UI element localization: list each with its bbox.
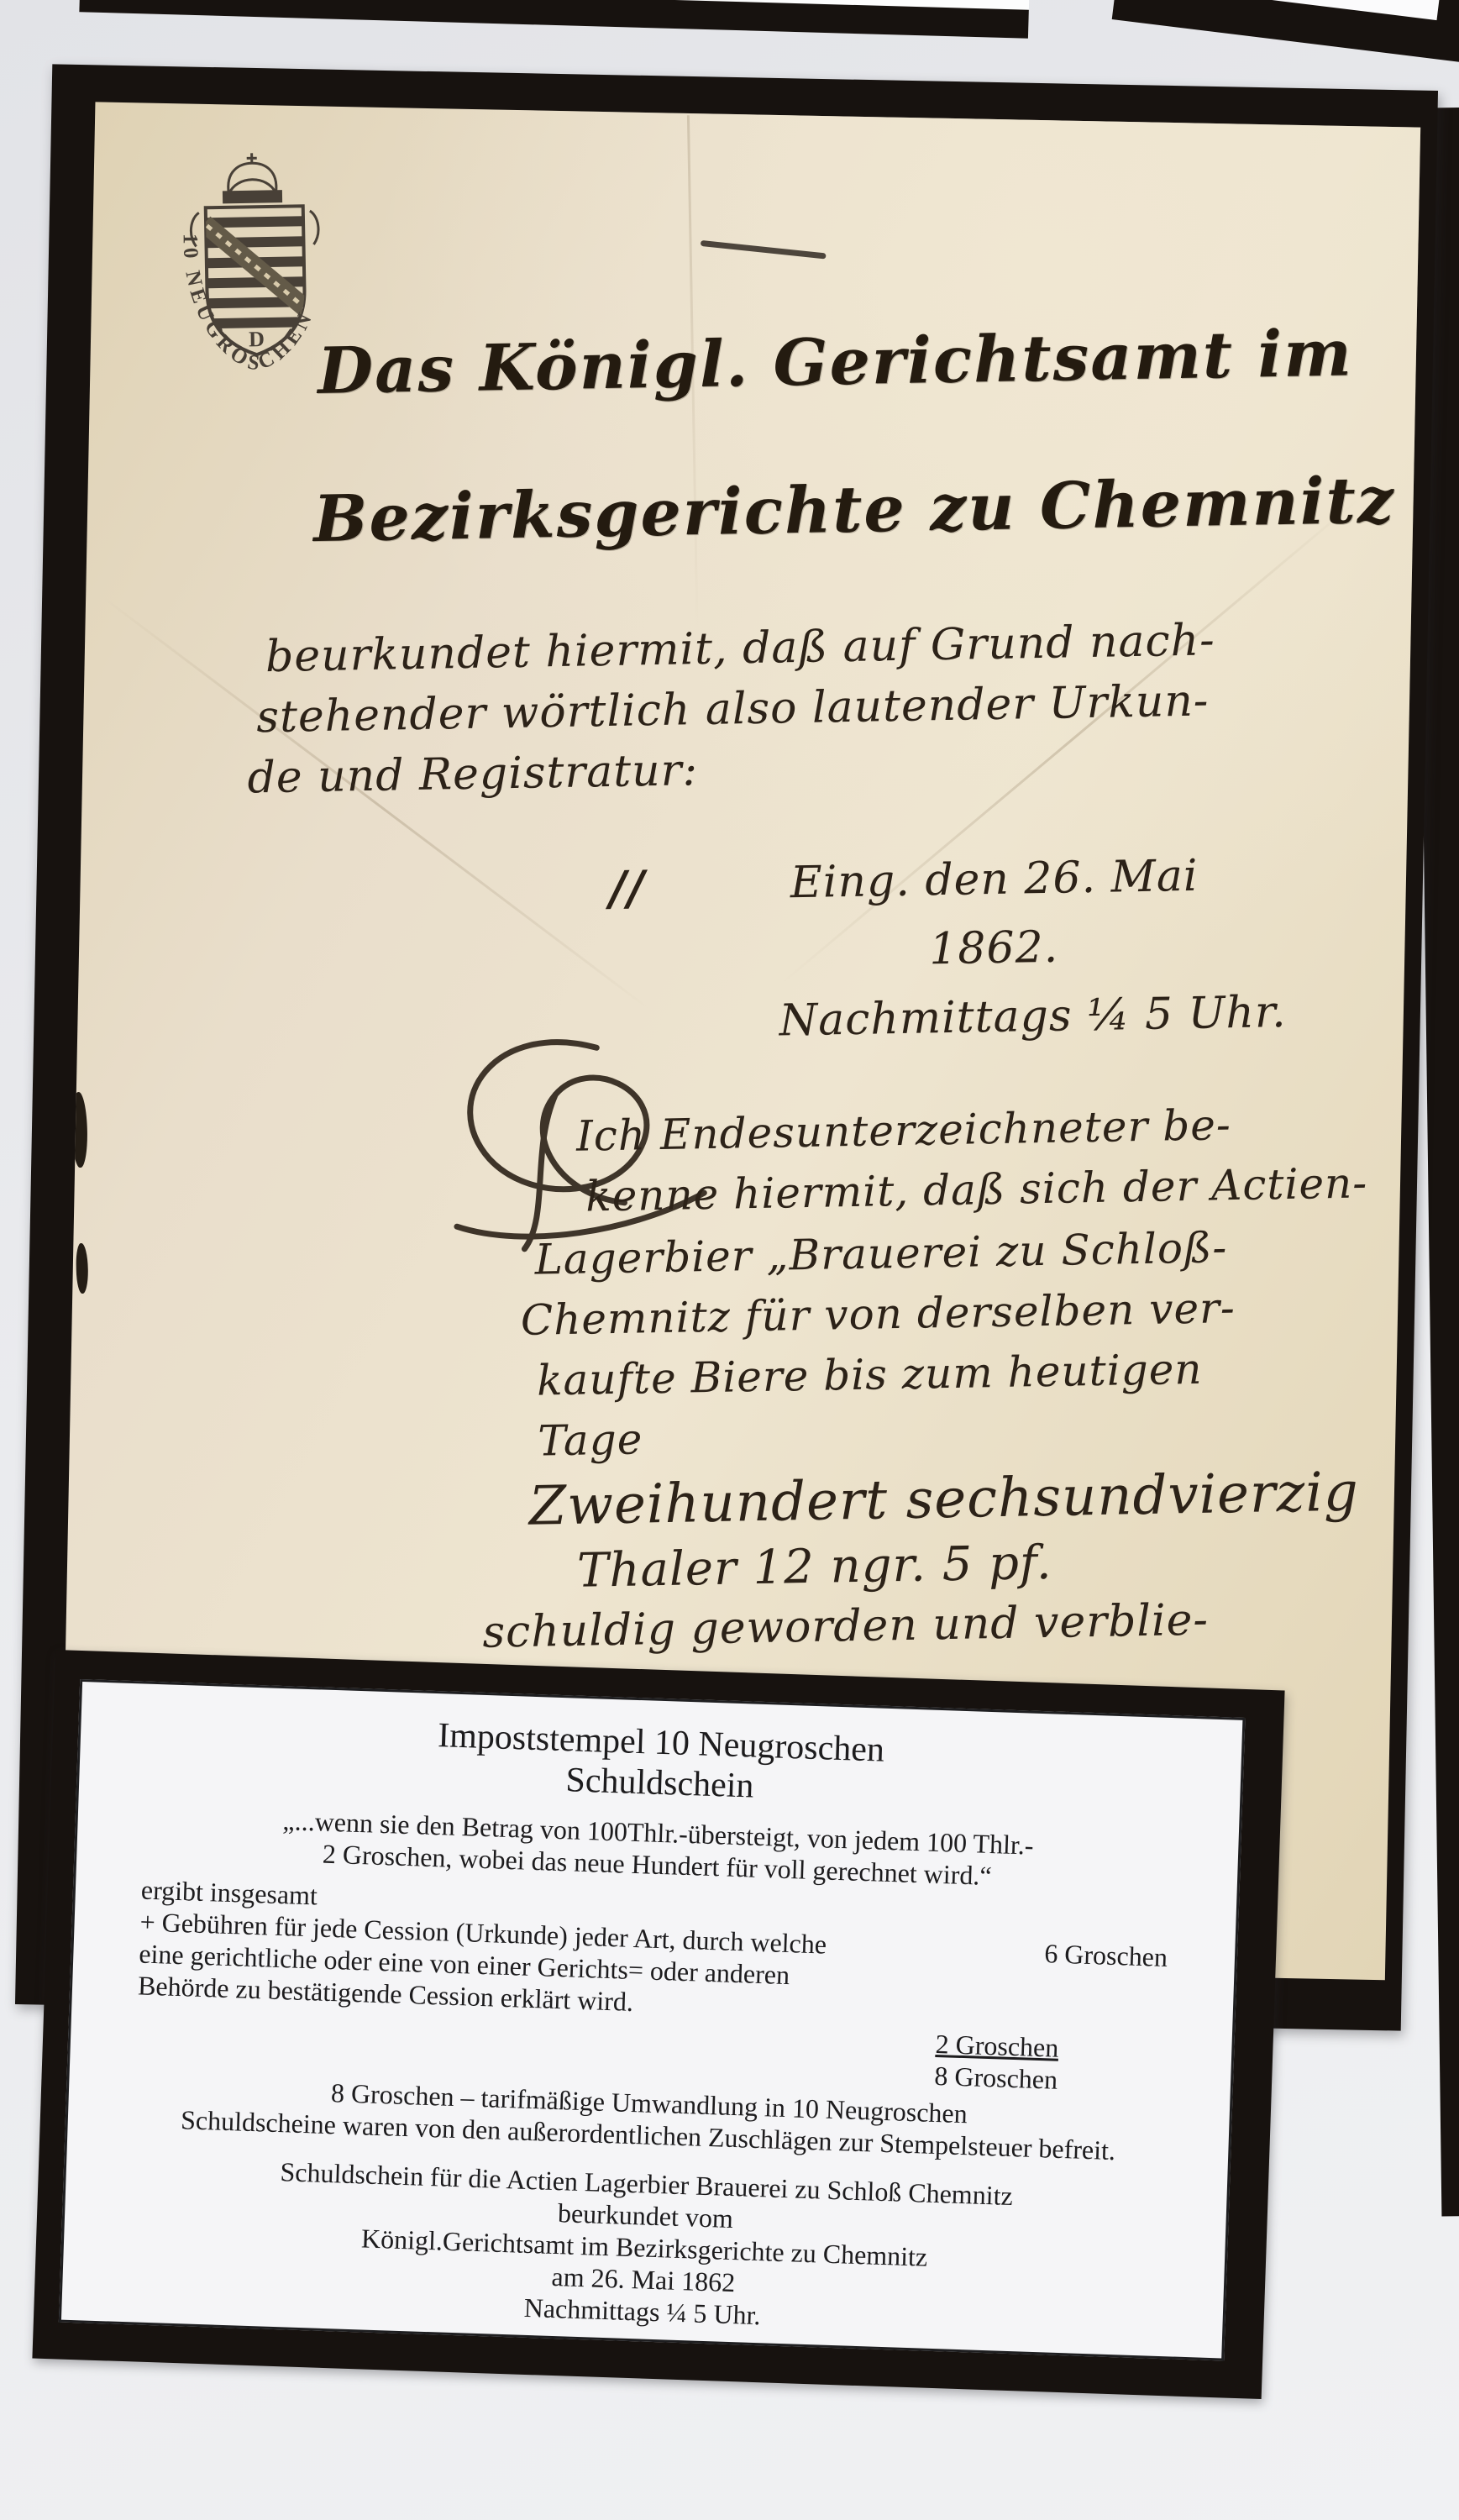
neighbor-frame-top [79,0,1031,39]
crown-band [223,192,281,202]
caption-card: Impoststempel 10 Neugroschen Schuldschei… [59,1679,1246,2361]
document-body-line: Chemnitz für von derselben ver- [520,1284,1236,1345]
paper-edge-tear [76,1243,88,1294]
document-intro-line: de und Registratur: [247,745,698,803]
document-body-line: kaufte Biere bis zum heutigen [537,1345,1203,1405]
neighbor-frame-top-right [1112,0,1459,63]
fold-crease-right [781,496,1362,984]
document-date-line: Eing. den 26. Mai [790,851,1199,908]
document-body-line: Tage [538,1415,643,1465]
caption-card-mat: Impoststempel 10 Neugroschen Schuldschei… [32,1650,1284,2399]
fee-amount-6-groschen: 6 Groschen [1044,1937,1168,1973]
document-heading-line: Bezirksgerichte zu Chemnitz [312,463,1395,556]
document-amount-line: Thaler 12 ngr. 5 pf. [577,1536,1052,1599]
document-date-line: 1862. [929,922,1059,975]
crown-cross [247,153,257,163]
document-date-line: Nachmittags ¼ 5 Uhr. [779,987,1287,1047]
impost-stamp-saxony-arms: 10 NEUGROSCHEN D [169,140,341,382]
stamp-letter: D [249,327,265,351]
document-intro-line: stehender wörtlich also lautender Urkun- [256,676,1210,743]
document-amount-line: schuldig geworden und verblie- [482,1595,1210,1658]
paper-edge-tear [65,630,79,689]
margin-mark: // [608,860,645,916]
exhibit-album-page: { "colors": { "album": "#e9eaed", "mat":… [0,0,1459,2520]
document-amount-line: Zweihundert sechsundvierzig [528,1462,1359,1538]
paper-top-tear-mark [701,240,827,260]
paper-edge-tear [71,1092,88,1168]
document-body-line: Ich Endesunterzeichneter be- [576,1100,1232,1161]
document-intro-line: beurkundet hiermit, daß auf Grund nach- [265,615,1216,682]
document-heading-line: Das Königl. Gerichtsamt im [317,315,1353,407]
